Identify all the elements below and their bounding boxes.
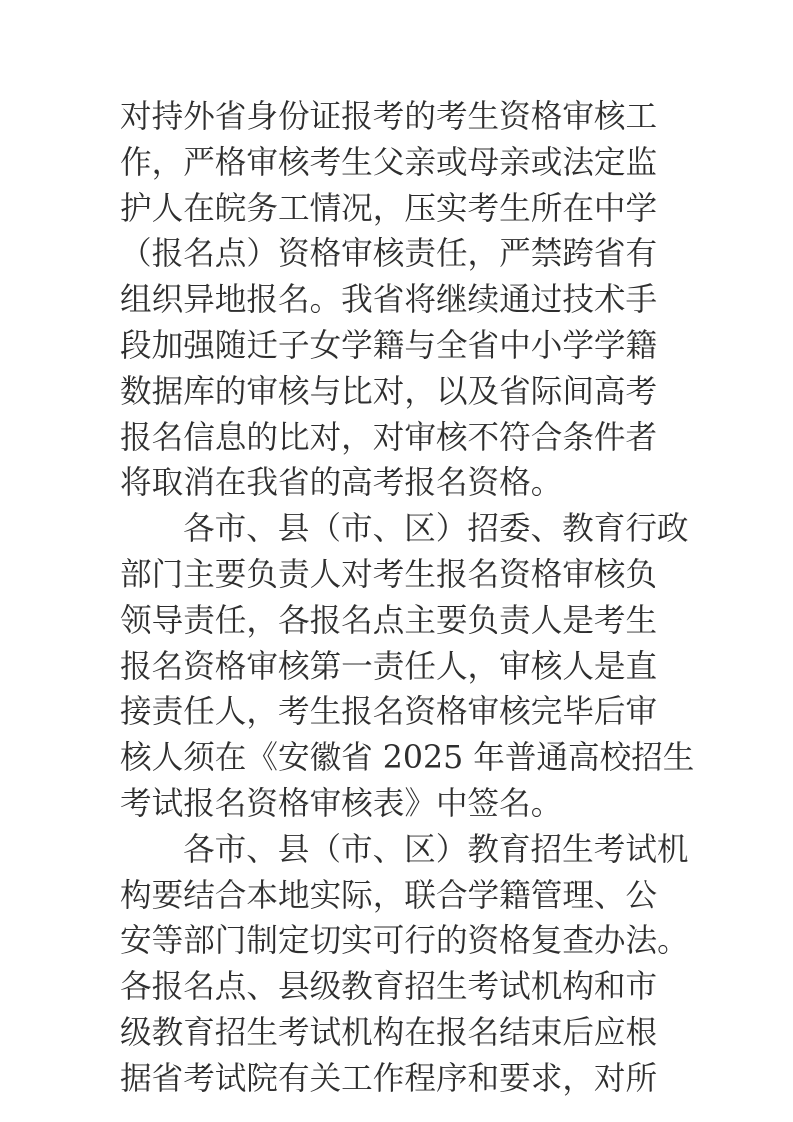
paragraph-1: 对持外省身份证报考的考生资格审核工 作，严格审核考生父亲或母亲或法定监 护人在皖… xyxy=(120,95,680,507)
text-line: 安等部门制定切实可行的资格复查办法。 xyxy=(120,919,680,965)
text-line: （报名点）资格审核责任，严禁跨省有 xyxy=(120,232,680,278)
text-line: 考试报名资格审核表》中签名。 xyxy=(120,782,680,828)
text-line: 组织异地报名。我省将继续通过技术手 xyxy=(120,278,680,324)
text-line: 构要结合本地实际，联合学籍管理、公 xyxy=(120,874,680,920)
document-body: 对持外省身份证报考的考生资格审核工 作，严格审核考生父亲或母亲或法定监 护人在皖… xyxy=(120,95,680,1103)
document-page: 对持外省身份证报考的考生资格审核工 作，严格审核考生父亲或母亲或法定监 护人在皖… xyxy=(0,0,793,1122)
text-line: 各市、县（市、区）教育招生考试机 xyxy=(120,828,680,874)
text-line: 部门主要负责人对考生报名资格审核负 xyxy=(120,553,680,599)
text-line: 数据库的审核与比对，以及省际间高考 xyxy=(120,370,680,416)
text-line: 接责任人，考生报名资格审核完毕后审 xyxy=(120,690,680,736)
text-line: 据省考试院有关工作程序和要求，对所 xyxy=(120,1057,680,1103)
text-line: 各报名点、县级教育招生考试机构和市 xyxy=(120,965,680,1011)
text-line: 领导责任，各报名点主要负责人是考生 xyxy=(120,599,680,645)
paragraph-3: 各市、县（市、区）教育招生考试机 构要结合本地实际，联合学籍管理、公 安等部门制… xyxy=(120,828,680,1103)
text-line: 将取消在我省的高考报名资格。 xyxy=(120,461,680,507)
text-line: 核人须在《安徽省 2025 年普通高校招生 xyxy=(120,736,680,782)
text-line: 级教育招生考试机构在报名结束后应根 xyxy=(120,1011,680,1057)
text-line: 报名资格审核第一责任人，审核人是直 xyxy=(120,645,680,691)
paragraph-2: 各市、县（市、区）招委、教育行政 部门主要负责人对考生报名资格审核负 领导责任，… xyxy=(120,507,680,828)
text-line: 各市、县（市、区）招委、教育行政 xyxy=(120,507,680,553)
text-line: 报名信息的比对，对审核不符合条件者 xyxy=(120,416,680,462)
text-line: 对持外省身份证报考的考生资格审核工 xyxy=(120,95,680,141)
text-line: 护人在皖务工情况，压实考生所在中学 xyxy=(120,187,680,233)
text-line: 作，严格审核考生父亲或母亲或法定监 xyxy=(120,141,680,187)
text-line: 段加强随迁子女学籍与全省中小学学籍 xyxy=(120,324,680,370)
